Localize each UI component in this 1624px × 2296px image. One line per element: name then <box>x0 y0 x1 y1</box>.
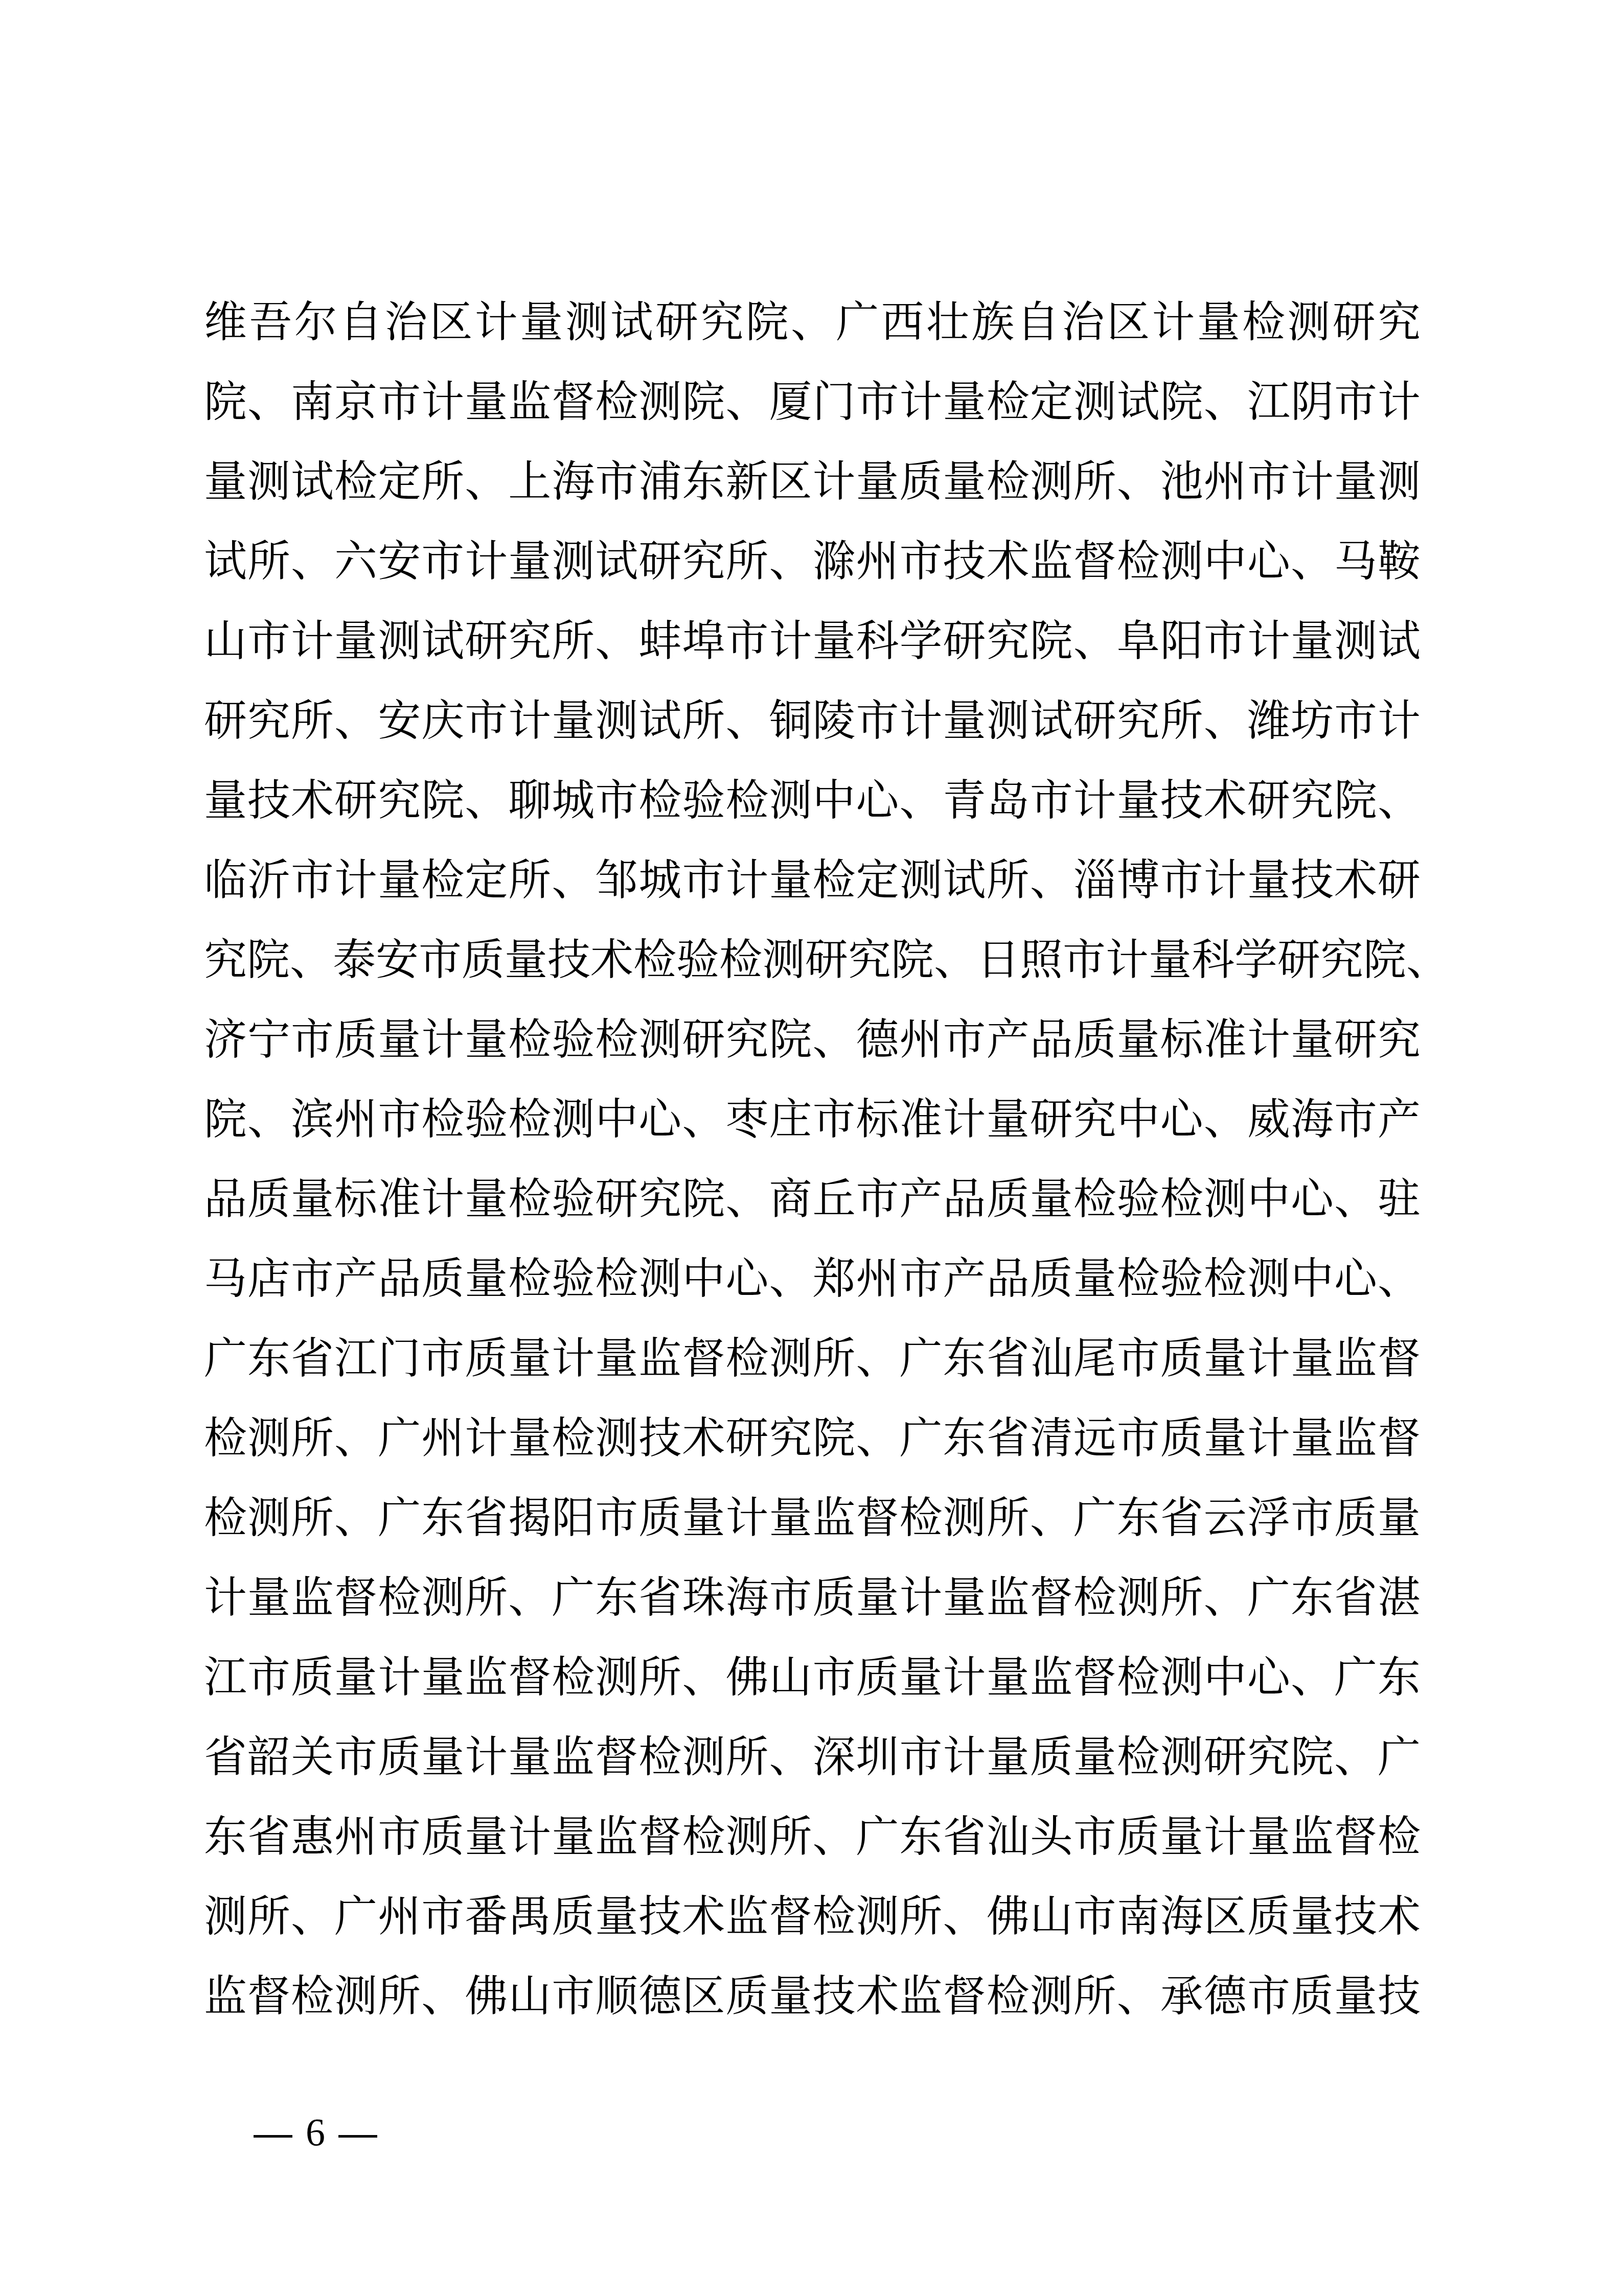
text-line: 监督检测所、佛山市顺德区质量技术监督检测所、承德市质量技 <box>204 1956 1421 2036</box>
text-line: 量技术研究院、聊城市检验检测中心、青岛市计量技术研究院、 <box>204 760 1421 840</box>
dash-left <box>254 2135 292 2138</box>
text-line: 济宁市质量计量检验检测研究院、德州市产品质量标准计量研究 <box>204 1000 1421 1079</box>
text-line: 临沂市计量检定所、邹城市计量检定测试所、淄博市计量技术研 <box>204 840 1421 920</box>
page-number: 6 <box>240 2104 391 2161</box>
text-line: 东省惠州市质量计量监督检测所、广东省汕头市质量计量监督检 <box>204 1797 1421 1876</box>
text-line: 计量监督检测所、广东省珠海市质量计量监督检测所、广东省湛 <box>204 1558 1421 1637</box>
text-line: 省韶关市质量计量监督检测所、深圳市计量质量检测研究院、广 <box>204 1717 1421 1797</box>
text-line: 研究所、安庆市计量测试所、铜陵市计量测试研究所、潍坊市计 <box>204 681 1421 760</box>
text-line: 品质量标准计量检验研究院、商丘市产品质量检验检测中心、驻 <box>204 1159 1421 1239</box>
text-line: 马店市产品质量检验检测中心、郑州市产品质量检验检测中心、 <box>204 1239 1421 1318</box>
text-line: 院、南京市计量监督检测院、厦门市计量检定测试院、江阴市计 <box>204 362 1421 442</box>
text-line: 院、滨州市检验检测中心、枣庄市标准计量研究中心、威海市产 <box>204 1079 1421 1159</box>
text-line: 检测所、广东省揭阳市质量计量监督检测所、广东省云浮市质量 <box>204 1478 1421 1558</box>
page-number-value: 6 <box>306 2111 325 2154</box>
text-line: 山市计量测试研究所、蚌埠市计量科学研究院、阜阳市计量测试 <box>204 601 1421 681</box>
text-line: 试所、六安市计量测试研究所、滁州市技术监督检测中心、马鞍 <box>204 521 1421 601</box>
text-line: 维吾尔自治区计量测试研究院、广西壮族自治区计量检测研究 <box>204 282 1421 362</box>
body-text: 维吾尔自治区计量测试研究院、广西壮族自治区计量检测研究 院、南京市计量监督检测院… <box>204 282 1421 2036</box>
text-line: 检测所、广州计量检测技术研究院、广东省清远市质量计量监督 <box>204 1398 1421 1478</box>
text-line: 量测试检定所、上海市浦东新区计量质量检测所、池州市计量测 <box>204 442 1421 521</box>
text-line: 测所、广州市番禺质量技术监督检测所、佛山市南海区质量技术 <box>204 1876 1421 1956</box>
text-line: 究院、泰安市质量技术检验检测研究院、日照市计量科学研究院、 <box>204 920 1421 1000</box>
dash-right <box>338 2135 377 2138</box>
text-line: 广东省江门市质量计量监督检测所、广东省汕尾市质量计量监督 <box>204 1318 1421 1398</box>
text-line: 江市质量计量监督检测所、佛山市质量计量监督检测中心、广东 <box>204 1637 1421 1717</box>
document-page: 维吾尔自治区计量测试研究院、广西壮族自治区计量检测研究 院、南京市计量监督检测院… <box>0 0 1624 2296</box>
